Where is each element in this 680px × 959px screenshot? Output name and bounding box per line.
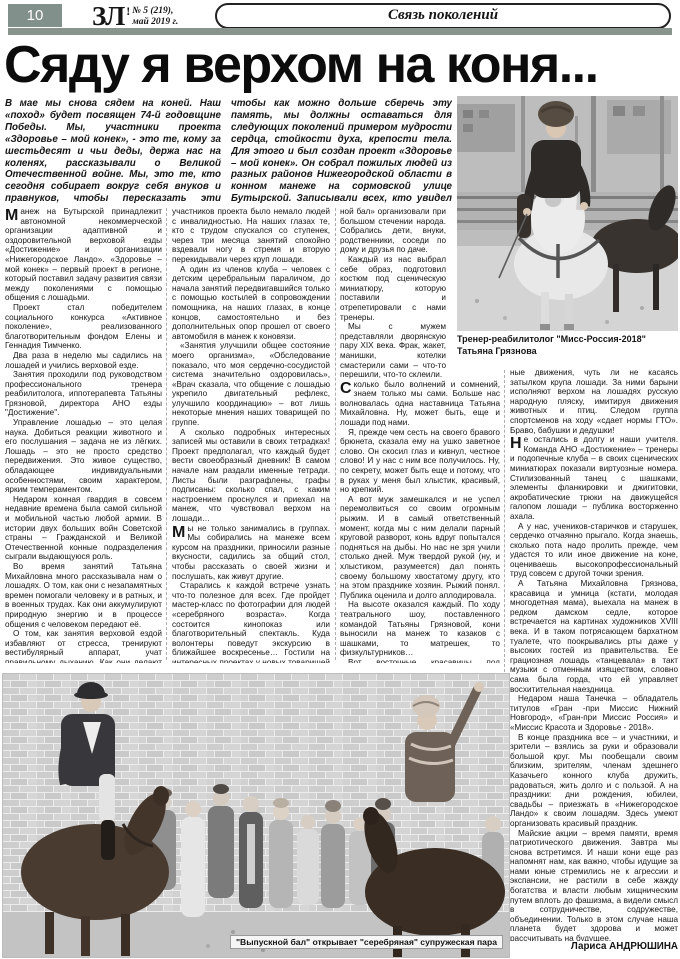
bottom-photo: "Выпускной бал" открывает "серебряная" с… — [2, 673, 510, 958]
logo-text: ЗЛ — [92, 3, 125, 29]
issue-date: май 2019 г. — [132, 17, 178, 28]
page-number: 10 — [8, 4, 62, 27]
body-column-3: ной бал» организовали при большом стечен… — [340, 207, 500, 663]
drop-cap: М — [5, 208, 20, 224]
author-byline: Лариса АНДРЮШИНА — [510, 941, 678, 952]
section-title: Связь поколений — [215, 3, 671, 29]
lede-column-2: чтобы как можно дольше сберечь эту памят… — [231, 98, 452, 205]
column-divider — [166, 208, 167, 660]
column-divider — [335, 208, 336, 660]
body-column-1: Манеж на Бутырской принадлежит автономно… — [5, 207, 162, 663]
drop-cap: С — [340, 381, 354, 397]
logo-mark-icon: ! — [126, 5, 130, 17]
drop-cap: М — [172, 525, 187, 541]
body-column-2: участников проекта было немало людей с и… — [172, 207, 330, 663]
newspaper-logo: ЗЛ ! № 5 (219), май 2019 г. — [92, 3, 178, 31]
issue-number: № 5 (219), — [132, 6, 178, 17]
bottom-photo-caption: "Выпускной бал" открывает "серебряная" с… — [230, 935, 503, 949]
photo-wrap-spacer — [446, 207, 500, 365]
newspaper-page: 10 ЗЛ ! № 5 (219), май 2019 г. Связь пок… — [0, 0, 680, 959]
bottom-photo-illustration — [3, 674, 509, 957]
drop-cap: Н — [510, 436, 524, 452]
lede-column-1: В мае мы снова сядем на коней. Наш «похо… — [5, 98, 221, 205]
body-column-4: ные движения, чуть ли не касаясь затылко… — [510, 368, 678, 941]
header-rule — [8, 28, 672, 35]
article-headline: Сяду я верхом на коня... — [4, 36, 678, 94]
